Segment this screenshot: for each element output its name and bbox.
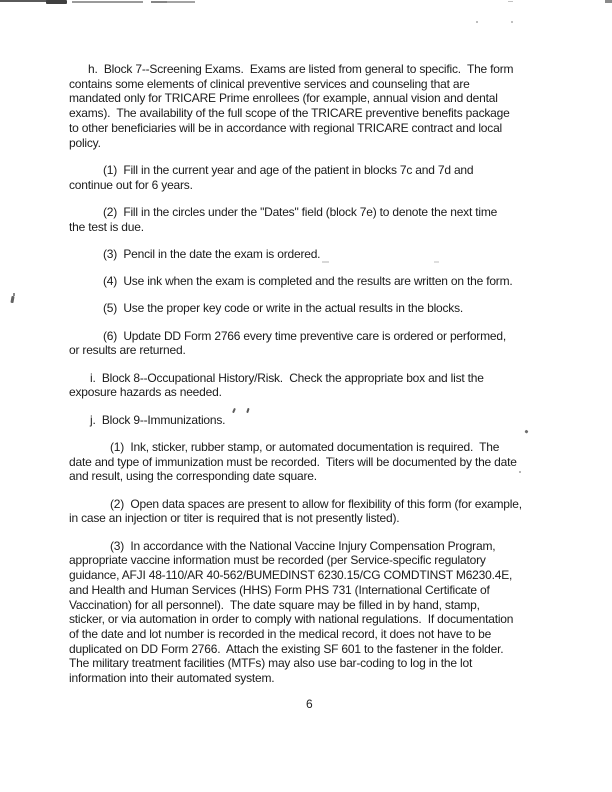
list-item-h-2: (2) Fill in the circles under the "Dates… bbox=[69, 205, 551, 234]
list-item-h-6: (6) Update DD Form 2766 every time preve… bbox=[69, 329, 551, 358]
list-item-j-2: (2) Open data spaces are present to allo… bbox=[69, 497, 551, 526]
list-item-h-4: (4) Use ink when the exam is completed a… bbox=[69, 274, 551, 289]
scan-artifact-top-right-corner-mark bbox=[605, 0, 612, 3]
paragraph-i-block-8-occupational-history: i. Block 8--Occupational History/Risk. C… bbox=[69, 371, 551, 400]
list-item-j-3: (3) In accordance with the National Vacc… bbox=[69, 539, 551, 686]
scan-artifact-speck-top-right-1 bbox=[476, 21, 478, 23]
page-number: 6 bbox=[306, 697, 313, 711]
scan-artifact-left-margin-speck-upper bbox=[13, 293, 15, 296]
scan-artifact-top-line-1-dark-blob bbox=[46, 0, 67, 4]
list-item-h-1: (1) Fill in the current year and age of … bbox=[69, 163, 551, 192]
scan-artifact-top-line-5 bbox=[508, 1, 513, 2]
scanned-document-page: { "document": { "page_number": "6", "par… bbox=[0, 0, 612, 792]
scan-artifact-left-margin-speck-lower bbox=[10, 296, 14, 303]
paragraph-j-block-9-immunizations: j. Block 9--Immunizations. bbox=[69, 413, 551, 428]
list-item-h-5: (5) Use the proper key code or write in … bbox=[69, 301, 551, 316]
scan-artifact-top-line-2 bbox=[72, 1, 143, 3]
scan-artifact-speck-top-right-2 bbox=[511, 21, 513, 23]
page-body-text: h. Block 7--Screening Exams. Exams are l… bbox=[69, 62, 551, 698]
scan-artifact-top-line-4 bbox=[167, 1, 195, 3]
paragraph-h-block-7-screening-exams: h. Block 7--Screening Exams. Exams are l… bbox=[69, 62, 551, 150]
list-item-j-1: (1) Ink, sticker, rubber stamp, or autom… bbox=[69, 440, 551, 484]
list-item-h-3: (3) Pencil in the date the exam is order… bbox=[69, 247, 551, 262]
scan-artifact-top-line-3 bbox=[151, 1, 167, 3]
scan-artifact-top-line-1 bbox=[0, 0, 47, 2]
